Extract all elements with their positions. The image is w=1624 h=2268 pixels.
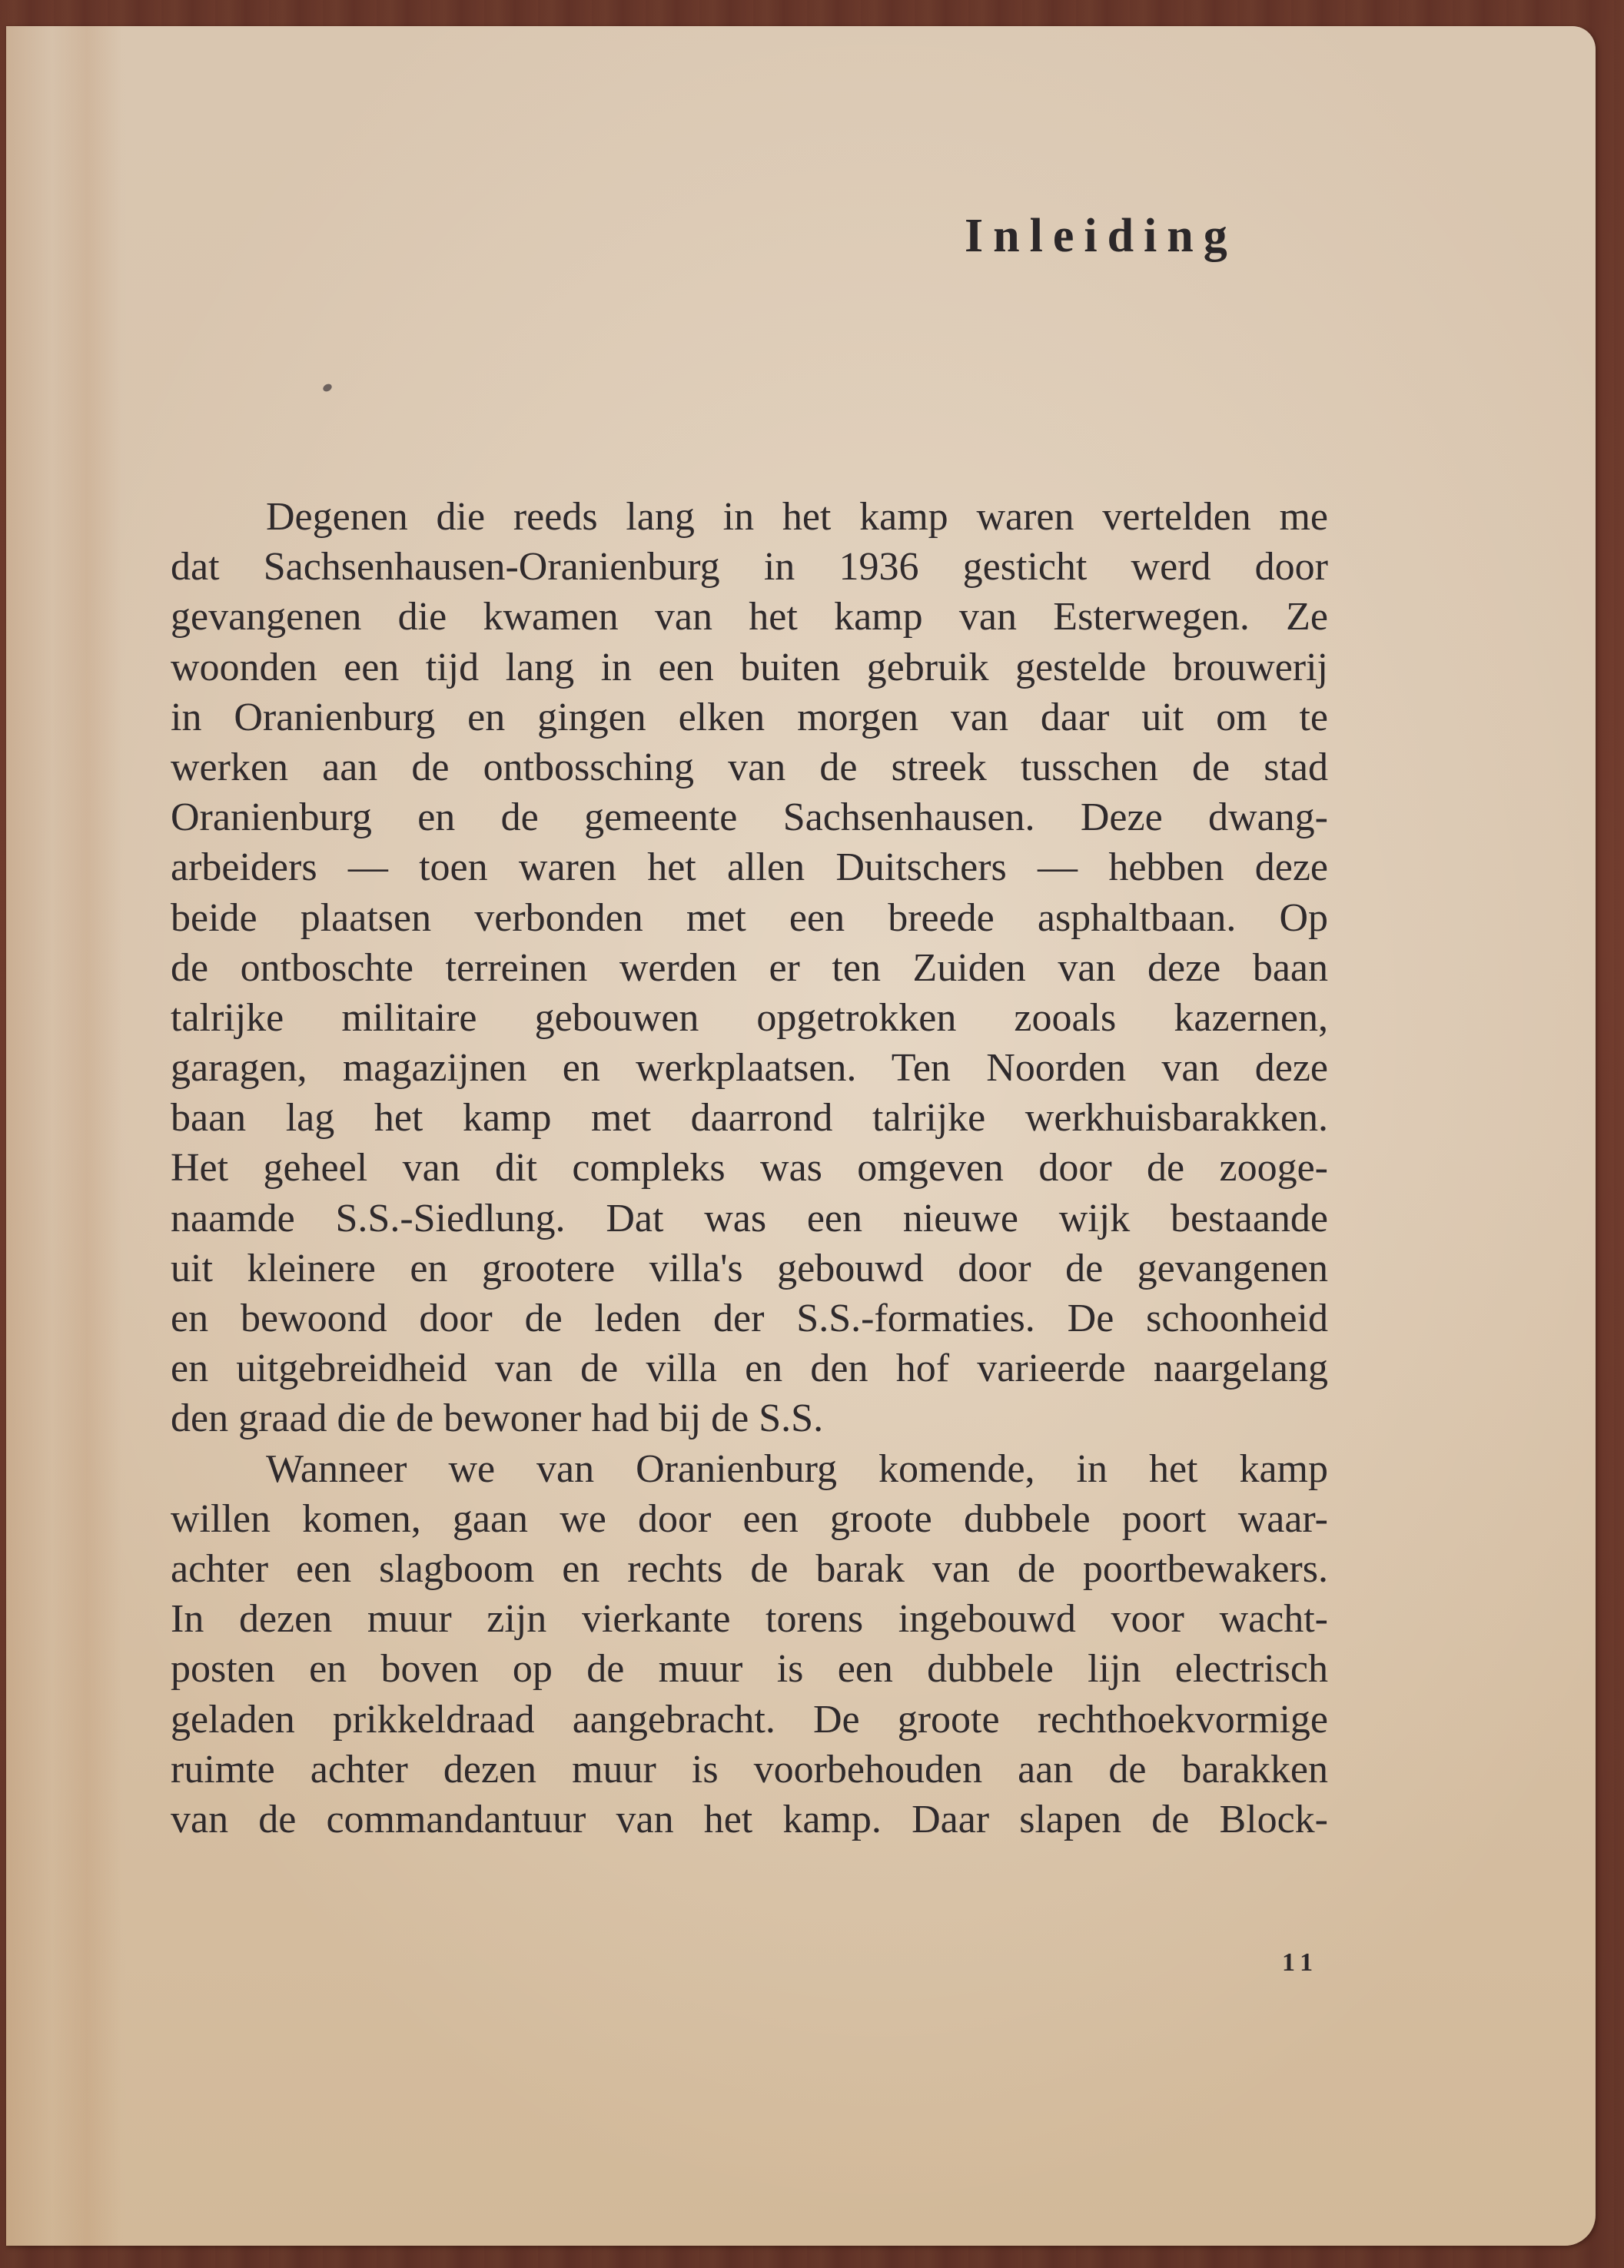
text-line: de ontboschte terreinen werden er ten Zu…	[171, 943, 1328, 993]
chapter-title: Inleiding	[965, 209, 1310, 264]
text-line: uit kleinere en grootere villa's gebouwd…	[171, 1244, 1328, 1293]
text-line: In dezen muur zijn vierkante torens inge…	[171, 1594, 1328, 1644]
body-text: Degenen die reeds lang in het kamp waren…	[171, 492, 1328, 1845]
ink-speck	[322, 383, 334, 393]
text-line: woonden een tijd lang in een buiten gebr…	[171, 643, 1328, 692]
text-line: arbeiders — toen waren het allen Duitsch…	[171, 842, 1328, 892]
paragraph-2: Wanneer we van Oranienburg komende, in h…	[171, 1444, 1328, 1845]
text-line: in Oranienburg en gingen elken morgen va…	[171, 692, 1328, 742]
text-line: achter een slagboom en rechts de barak v…	[171, 1544, 1328, 1594]
text-line: den graad die de bewoner had bij de S.S.	[171, 1393, 1328, 1443]
text-line: garagen, magazijnen en werkplaatsen. Ten…	[171, 1043, 1328, 1093]
text-line: talrijke militaire gebouwen opgetrokken …	[171, 993, 1328, 1043]
text-line: willen komen, gaan we door een groote du…	[171, 1494, 1328, 1544]
text-line: beide plaatsen verbonden met een breede …	[171, 893, 1328, 943]
text-line: van de commandantuur van het kamp. Daar …	[171, 1795, 1328, 1845]
text-line: gevangenen die kwamen van het kamp van E…	[171, 592, 1328, 642]
text-line: Oranienburg en de gemeente Sachsenhausen…	[171, 792, 1328, 842]
text-line: Wanneer we van Oranienburg komende, in h…	[171, 1444, 1328, 1494]
text-line: werken aan de ontbossching van de streek…	[171, 742, 1328, 792]
text-line: en bewoond door de leden der S.S.-format…	[171, 1293, 1328, 1343]
text-line: Degenen die reeds lang in het kamp waren…	[171, 492, 1328, 542]
paragraph-1: Degenen die reeds lang in het kamp waren…	[171, 492, 1328, 1444]
text-line: posten en boven op de muur is een dubbel…	[171, 1644, 1328, 1694]
text-line: dat Sachsenhausen-Oranienburg in 1936 ge…	[171, 542, 1328, 592]
text-line: en uitgebreidheid van de villa en den ho…	[171, 1343, 1328, 1393]
text-line: baan lag het kamp met daarrond talrijke …	[171, 1093, 1328, 1143]
text-line: ruimte achter dezen muur is voorbehouden…	[171, 1745, 1328, 1795]
text-line: naamde S.S.-Siedlung. Dat was een nieuwe…	[171, 1194, 1328, 1244]
page-number: 11	[1282, 1948, 1319, 1977]
text-line: geladen prikkeldraad aangebracht. De gro…	[171, 1695, 1328, 1745]
text-line: Het geheel van dit compleks was omgeven …	[171, 1143, 1328, 1193]
